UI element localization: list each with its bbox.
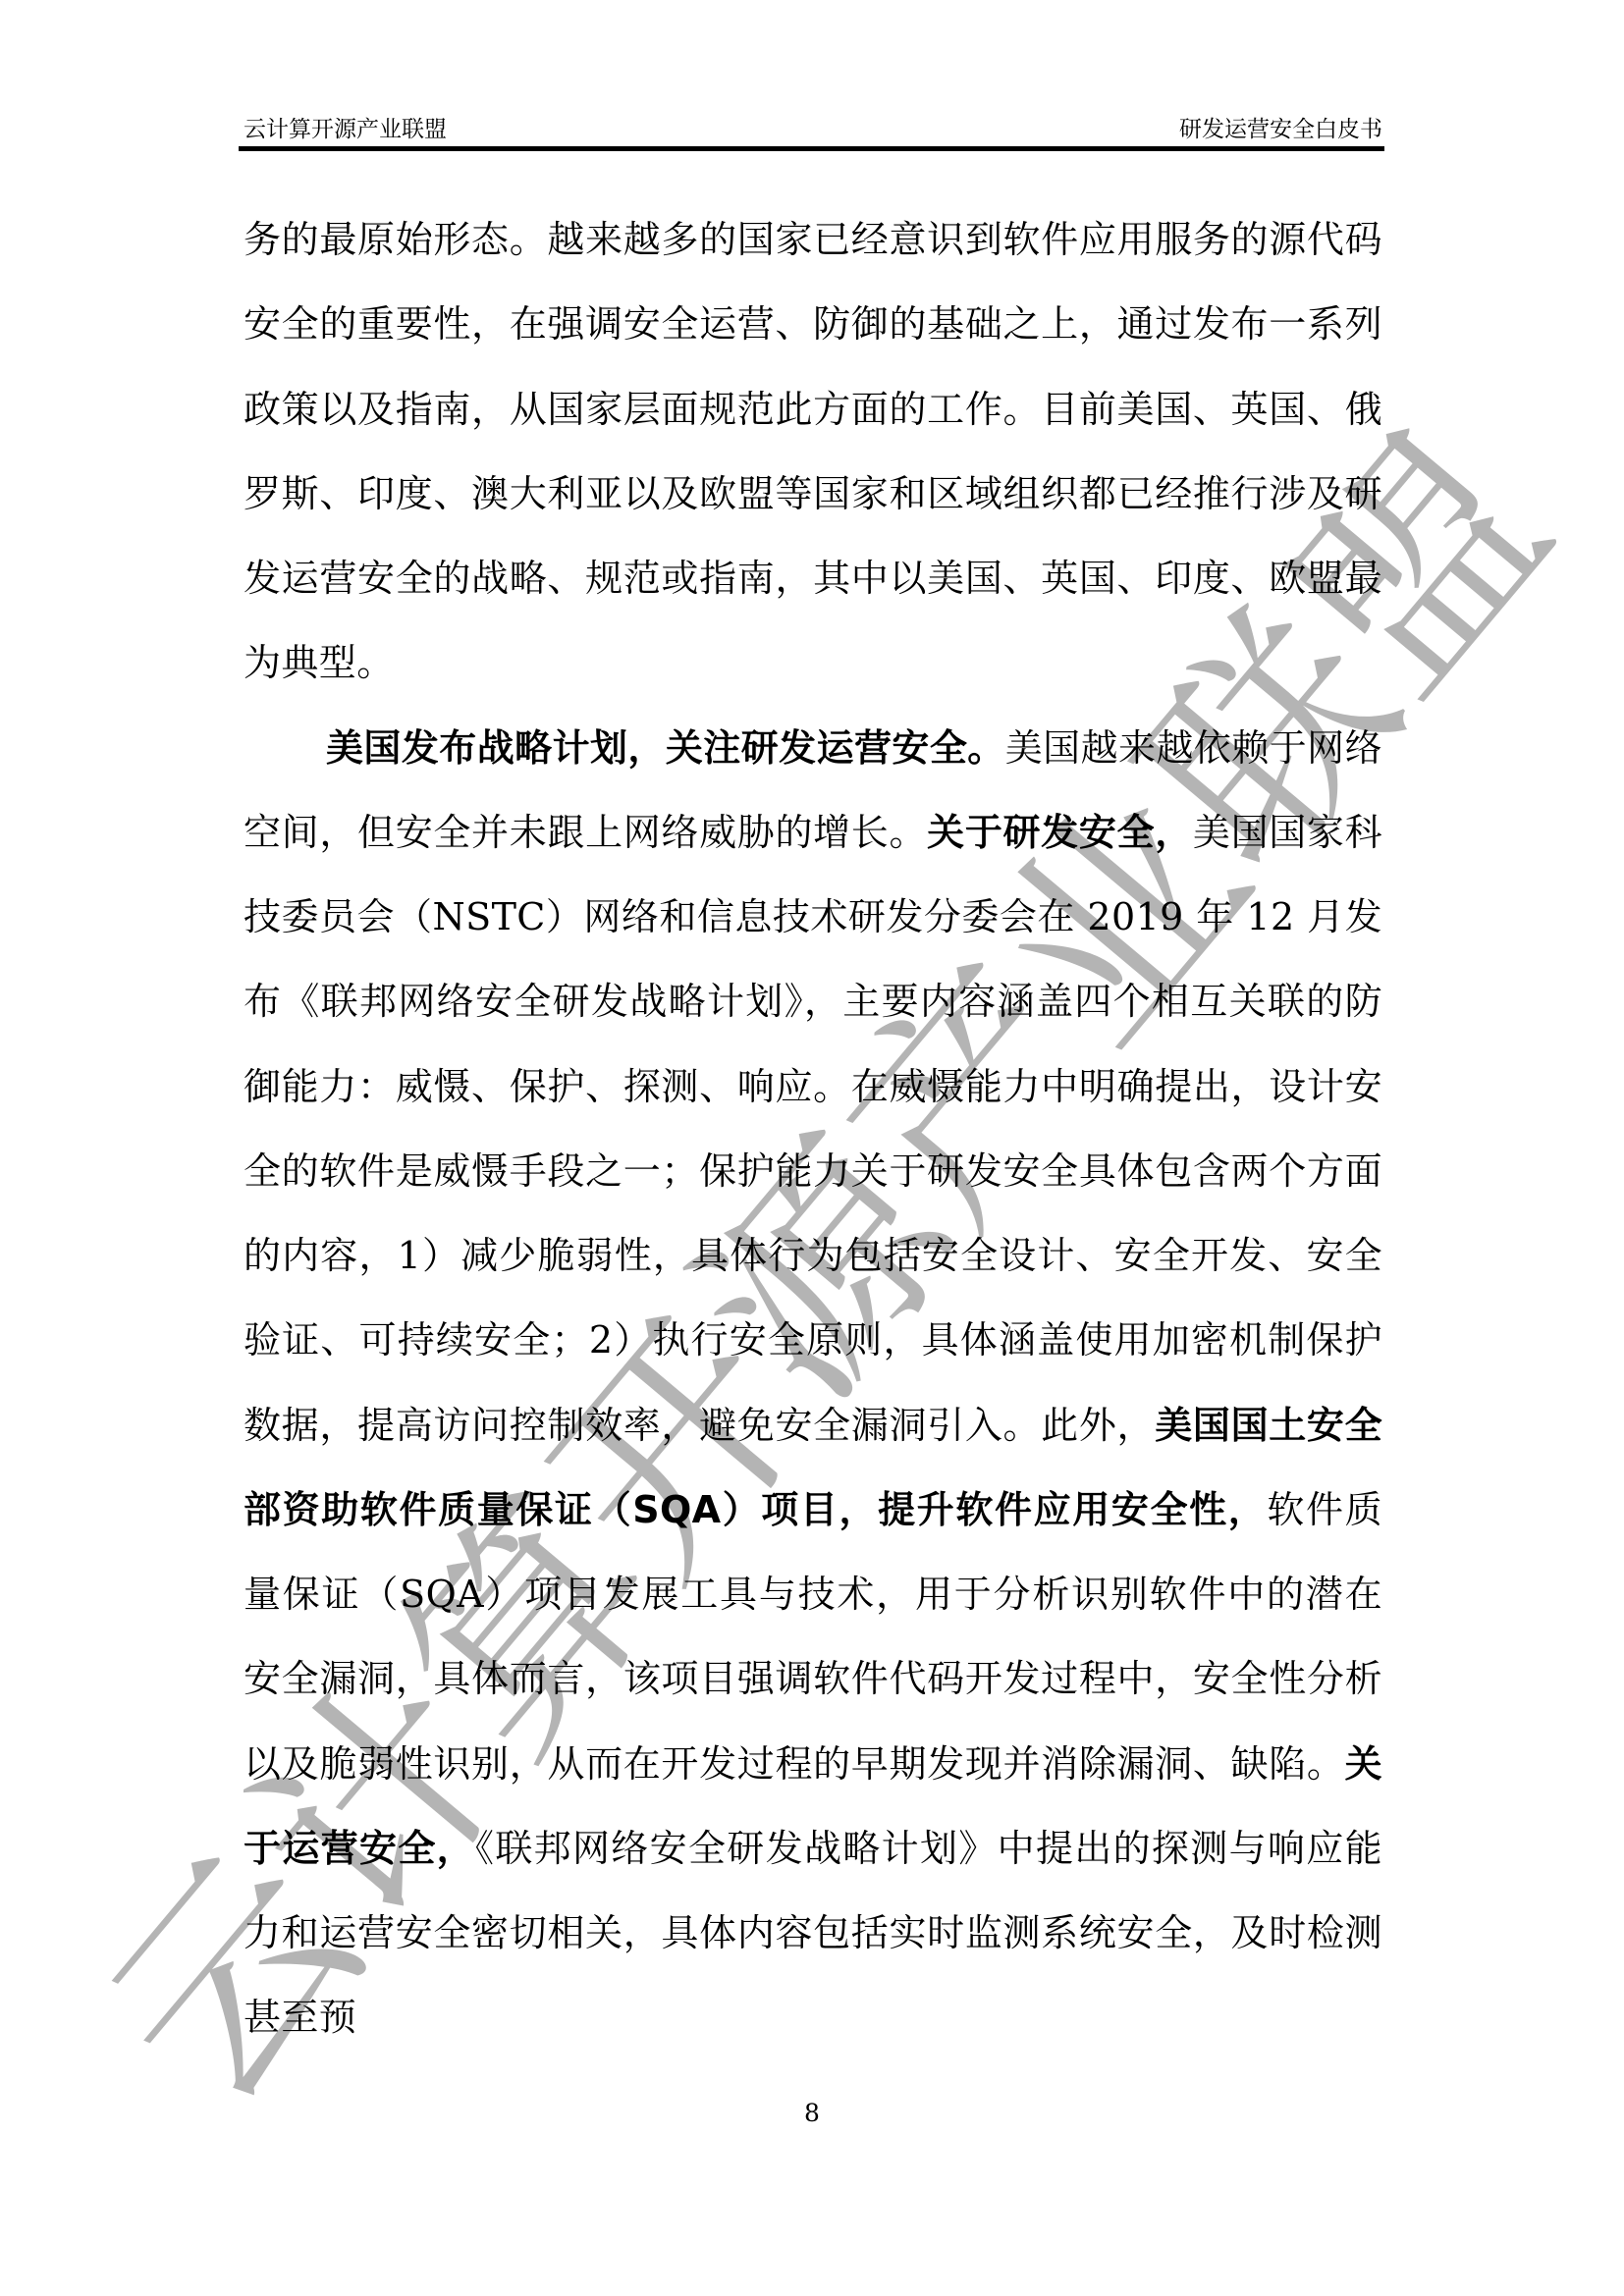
bold-text-segment: 关于研发安全， — [927, 811, 1193, 854]
page-header: 云计算开源产业联盟 研发运营安全白皮书 — [244, 116, 1382, 143]
header-doc-title: 研发运营安全白皮书 — [1179, 116, 1382, 143]
page-footer: 8 — [0, 2099, 1624, 2128]
paragraph: 美国发布战略计划，关注研发运营安全。美国越来越依赖于网络空间，但安全并未跟上网络… — [244, 706, 1382, 2060]
text-segment: 软件质量保证（SQA）项目发展工具与技术，用于分析识别软件中的潜在安全漏洞，具体… — [244, 1488, 1382, 1786]
header-org-name: 云计算开源产业联盟 — [244, 116, 447, 143]
paragraph: 务的最原始形态。越来越多的国家已经意识到软件应用服务的源代码安全的重要性，在强调… — [244, 197, 1382, 706]
body-text: 务的最原始形态。越来越多的国家已经意识到软件应用服务的源代码安全的重要性，在强调… — [244, 197, 1382, 2060]
text-segment: 美国国家科技委员会（NSTC）网络和信息技术研发分委会在 2019 年 12 月… — [244, 811, 1382, 1447]
header-divider — [239, 146, 1384, 151]
bold-text-segment: 美国发布战略计划，关注研发运营安全。 — [326, 726, 1005, 770]
page-number: 8 — [804, 2099, 820, 2127]
document-page: 云计算开源产业联盟 云计算开源产业联盟 研发运营安全白皮书 务的最原始形态。越来… — [0, 0, 1624, 2296]
text-segment: 务的最原始形态。越来越多的国家已经意识到软件应用服务的源代码安全的重要性，在强调… — [244, 218, 1382, 684]
